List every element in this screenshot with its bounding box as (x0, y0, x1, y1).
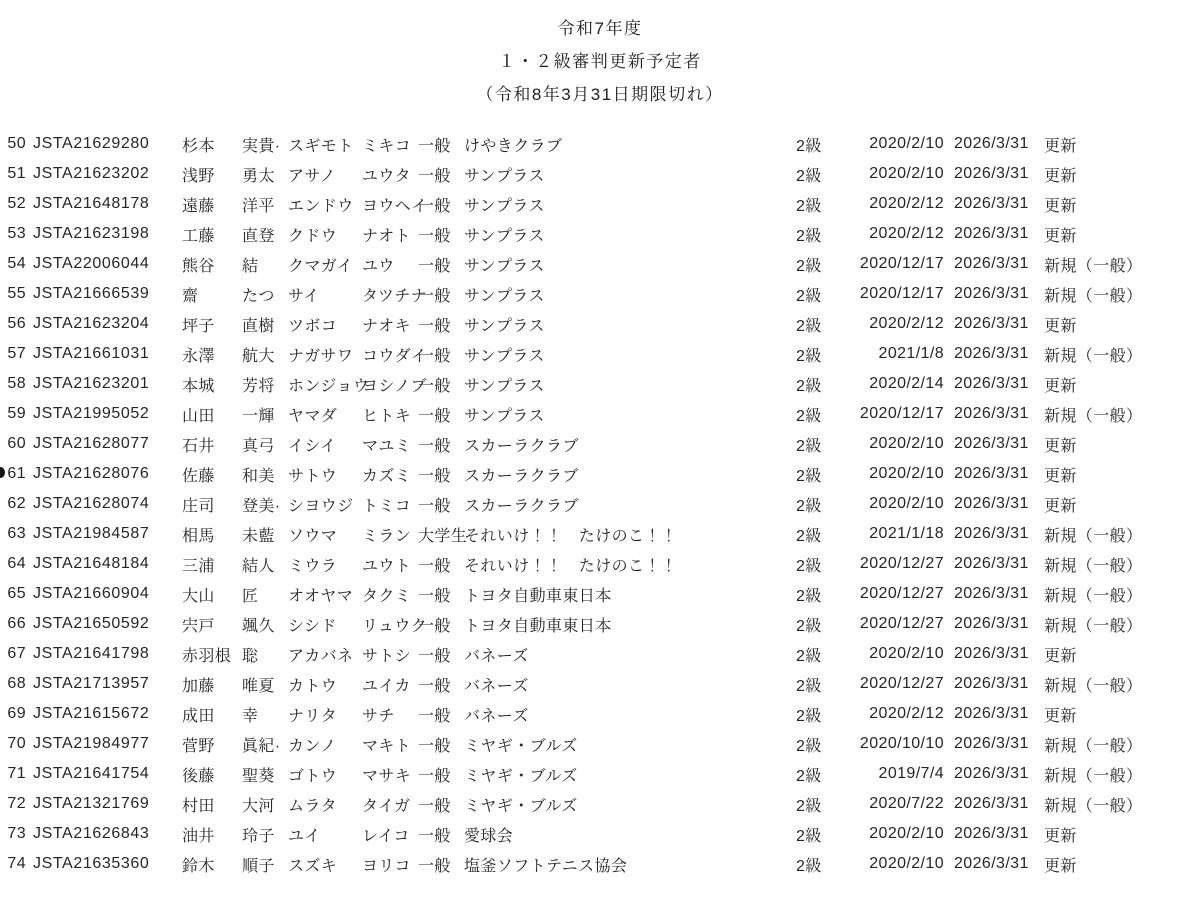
club-name: それいけ！！ たけのこ！！ (464, 553, 794, 576)
acquired-date: 2020/2/10 (844, 495, 952, 513)
given-name: 芳将 (242, 373, 288, 396)
given-name-kana: ミラン (362, 523, 418, 546)
category: 一般 (418, 493, 464, 516)
expiry-date: 2026/3/31 (952, 735, 1036, 753)
surname: 相馬 (182, 523, 242, 546)
renewal-status: 更新 (1036, 373, 1200, 396)
member-id: JSTA21635360 (26, 855, 182, 873)
referee-grade: 2級 (794, 253, 844, 276)
member-id: JSTA21641798 (26, 645, 182, 663)
referee-grade: 2級 (794, 643, 844, 666)
renewal-status: 新規（一般） (1036, 253, 1200, 276)
renewal-status: 新規（一般） (1036, 523, 1200, 546)
given-name: 洋平 (242, 193, 288, 216)
member-id: JSTA21629280 (26, 135, 182, 153)
surname: 鈴木 (182, 853, 242, 876)
renewal-status: 更新 (1036, 313, 1200, 336)
given-name-kana: マユミ (362, 433, 418, 456)
row-number: 59 (0, 405, 26, 423)
referee-grade: 2級 (794, 313, 844, 336)
club-name: サンプラス (464, 223, 794, 246)
club-name: バネーズ (464, 703, 794, 726)
expiry-date: 2026/3/31 (952, 795, 1036, 813)
surname-kana: カンノ (288, 733, 362, 756)
acquired-date: 2020/2/10 (844, 825, 952, 843)
category: 一般 (418, 643, 464, 666)
given-name-kana: ユウタ (362, 163, 418, 186)
member-id: JSTA21995052 (26, 405, 182, 423)
club-name: サンプラス (464, 253, 794, 276)
given-name-kana: マキト (362, 733, 418, 756)
surname-kana: シシド (288, 613, 362, 636)
acquired-date: 2020/12/27 (844, 615, 952, 633)
member-id: JSTA21641754 (26, 765, 182, 783)
surname-kana: アカバネ (288, 643, 362, 666)
club-name: ミヤギ・ブルズ (464, 763, 794, 786)
category: 一般 (418, 733, 464, 756)
table-row: 50 JSTA21629280 杉本 実貴· スギモト ミキコ 一般 けやきクラ… (0, 129, 1200, 159)
renewal-status: 更新 (1036, 163, 1200, 186)
row-number: 57 (0, 345, 26, 363)
surname: 成田 (182, 703, 242, 726)
surname-kana: ヤマダ (288, 403, 362, 426)
member-id: JSTA21626843 (26, 825, 182, 843)
referee-grade: 2級 (794, 673, 844, 696)
given-name-kana: リュウク (362, 613, 418, 636)
category: 一般 (418, 343, 464, 366)
acquired-date: 2020/12/27 (844, 675, 952, 693)
surname: 大山 (182, 583, 242, 606)
expiry-date: 2026/3/31 (952, 255, 1036, 273)
referee-grade: 2級 (794, 433, 844, 456)
expiry-date: 2026/3/31 (952, 195, 1036, 213)
acquired-date: 2020/2/14 (844, 375, 952, 393)
given-name: 直登 (242, 223, 288, 246)
referee-grade: 2級 (794, 403, 844, 426)
renewal-status: 更新 (1036, 643, 1200, 666)
acquired-date: 2021/1/8 (844, 345, 952, 363)
given-name-kana: ミキコ (362, 133, 418, 156)
table-row: 51 JSTA21623202 浅野 勇太 アサノ ユウタ 一般 サンプラス 2… (0, 159, 1200, 189)
given-name: 和美 (242, 463, 288, 486)
row-number: 68 (0, 675, 26, 693)
club-name: それいけ！！ たけのこ！！ (464, 523, 794, 546)
renewal-status: 新規（一般） (1036, 763, 1200, 786)
given-name: 実貴· (242, 133, 288, 156)
document-title: 令和7年度 １・２級審判更新予定者 （令和8年3月31日期限切れ） (0, 12, 1200, 111)
referee-grade: 2級 (794, 733, 844, 756)
member-id: JSTA21648178 (26, 195, 182, 213)
referee-grade: 2級 (794, 493, 844, 516)
category: 一般 (418, 163, 464, 186)
category: 一般 (418, 823, 464, 846)
member-id: JSTA21648184 (26, 555, 182, 573)
surname-kana: カトウ (288, 673, 362, 696)
table-row: 54 JSTA22006044 熊谷 結 クマガイ ユウ 一般 サンプラス 2級… (0, 249, 1200, 279)
member-id: JSTA21615672 (26, 705, 182, 723)
acquired-date: 2020/2/12 (844, 195, 952, 213)
expiry-date: 2026/3/31 (952, 825, 1036, 843)
row-number: 52 (0, 195, 26, 213)
given-name: 未藍 (242, 523, 288, 546)
surname: 永澤 (182, 343, 242, 366)
table-row: 59 JSTA21995052 山田 一輝 ヤマダ ヒトキ 一般 サンプラス 2… (0, 399, 1200, 429)
renewal-status: 更新 (1036, 703, 1200, 726)
expiry-date: 2026/3/31 (952, 345, 1036, 363)
row-number: 64 (0, 555, 26, 573)
given-name: 聖葵 (242, 763, 288, 786)
referee-grade: 2級 (794, 823, 844, 846)
category: 一般 (418, 853, 464, 876)
category: 一般 (418, 283, 464, 306)
renewal-status: 更新 (1036, 823, 1200, 846)
acquired-date: 2020/12/27 (844, 585, 952, 603)
given-name-kana: ナオキ (362, 313, 418, 336)
row-number: 60 (0, 435, 26, 453)
category: 一般 (418, 613, 464, 636)
table-row: 63 JSTA21984587 相馬 未藍 ソウマ ミラン 大学生 それいけ！！… (0, 519, 1200, 549)
row-number: 51 (0, 165, 26, 183)
given-name: 大河 (242, 793, 288, 816)
table-row: 74 JSTA21635360 鈴木 順子 スズキ ヨリコ 一般 塩釜ソフトテニ… (0, 849, 1200, 879)
category: 一般 (418, 583, 464, 606)
expiry-date: 2026/3/31 (952, 675, 1036, 693)
referee-grade: 2級 (794, 553, 844, 576)
category: 一般 (418, 553, 464, 576)
given-name: たつ (242, 283, 288, 306)
referee-grade: 2級 (794, 703, 844, 726)
surname: 村田 (182, 793, 242, 816)
table-row: 70 JSTA21984977 菅野 眞紀· カンノ マキト 一般 ミヤギ・ブル… (0, 729, 1200, 759)
renewal-status: 新規（一般） (1036, 793, 1200, 816)
member-id: JSTA21623201 (26, 375, 182, 393)
surname-kana: ユイ (288, 823, 362, 846)
surname-kana: ソウマ (288, 523, 362, 546)
acquired-date: 2020/7/22 (844, 795, 952, 813)
given-name: 順子 (242, 853, 288, 876)
surname: 加藤 (182, 673, 242, 696)
surname-kana: シヨウジ (288, 493, 362, 516)
given-name-kana: サチ (362, 703, 418, 726)
club-name: スカーラクラブ (464, 493, 794, 516)
expiry-date: 2026/3/31 (952, 585, 1036, 603)
surname-kana: エンドウ (288, 193, 362, 216)
surname-kana: イシイ (288, 433, 362, 456)
row-number: 63 (0, 525, 26, 543)
table-row: 66 JSTA21650592 宍戸 颯久 シシド リュウク 一般 トヨタ自動車… (0, 609, 1200, 639)
table-row: 53 JSTA21623198 工藤 直登 クドウ ナオト 一般 サンプラス 2… (0, 219, 1200, 249)
member-id: JSTA21628077 (26, 435, 182, 453)
member-id: JSTA21628074 (26, 495, 182, 513)
surname-kana: ミウラ (288, 553, 362, 576)
surname-kana: スズキ (288, 853, 362, 876)
expiry-date: 2026/3/31 (952, 555, 1036, 573)
expiry-date: 2026/3/31 (952, 645, 1036, 663)
expiry-date: 2026/3/31 (952, 855, 1036, 873)
member-id: JSTA22006044 (26, 255, 182, 273)
row-number: 69 (0, 705, 26, 723)
referee-grade: 2級 (794, 523, 844, 546)
club-name: ミヤギ・ブルズ (464, 793, 794, 816)
member-id: JSTA21666539 (26, 285, 182, 303)
table-row: 60 JSTA21628077 石井 真弓 イシイ マユミ 一般 スカーラクラブ… (0, 429, 1200, 459)
given-name-kana: ヨウヘイ (362, 193, 418, 216)
surname: 後藤 (182, 763, 242, 786)
renewal-status: 更新 (1036, 433, 1200, 456)
club-name: ミヤギ・ブルズ (464, 733, 794, 756)
given-name: 勇太 (242, 163, 288, 186)
club-name: スカーラクラブ (464, 433, 794, 456)
renewal-status: 更新 (1036, 493, 1200, 516)
category: 一般 (418, 673, 464, 696)
row-number: 62 (0, 495, 26, 513)
category: 一般 (418, 463, 464, 486)
member-id: JSTA21321769 (26, 795, 182, 813)
given-name: 匠 (242, 583, 288, 606)
acquired-date: 2020/10/10 (844, 735, 952, 753)
member-id: JSTA21623204 (26, 315, 182, 333)
given-name-kana: ヒトキ (362, 403, 418, 426)
given-name: 眞紀· (242, 733, 288, 756)
surname-kana: スギモト (288, 133, 362, 156)
acquired-date: 2020/12/17 (844, 255, 952, 273)
surname: 石井 (182, 433, 242, 456)
category: 一般 (418, 193, 464, 216)
row-number: 73 (0, 825, 26, 843)
given-name-kana: ユウ (362, 253, 418, 276)
renewal-status: 新規（一般） (1036, 283, 1200, 306)
expiry-date: 2026/3/31 (952, 705, 1036, 723)
surname: 山田 (182, 403, 242, 426)
given-name: 結 (242, 253, 288, 276)
table-row: 62 JSTA21628074 庄司 登美· シヨウジ トミコ 一般 スカーラク… (0, 489, 1200, 519)
surname-kana: クドウ (288, 223, 362, 246)
surname: 宍戸 (182, 613, 242, 636)
referee-grade: 2級 (794, 463, 844, 486)
table-row: 72 JSTA21321769 村田 大河 ムラタ タイガ 一般 ミヤギ・ブルズ… (0, 789, 1200, 819)
referee-grade: 2級 (794, 763, 844, 786)
renewal-status: 更新 (1036, 853, 1200, 876)
given-name: 結人 (242, 553, 288, 576)
renewal-status: 新規（一般） (1036, 403, 1200, 426)
row-number: 56 (0, 315, 26, 333)
table-row: 58 JSTA21623201 本城 芳将 ホンジョウ ヨシノブ 一般 サンプラ… (0, 369, 1200, 399)
table-row: 69 JSTA21615672 成田 幸 ナリタ サチ 一般 バネーズ 2級 2… (0, 699, 1200, 729)
given-name-kana: サトシ (362, 643, 418, 666)
member-id: JSTA21628076 (26, 465, 182, 483)
category: 一般 (418, 313, 464, 336)
club-name: サンプラス (464, 343, 794, 366)
table-row: 67 JSTA21641798 赤羽根 聡 アカバネ サトシ 一般 バネーズ 2… (0, 639, 1200, 669)
given-name-kana: トミコ (362, 493, 418, 516)
surname: 本城 (182, 373, 242, 396)
club-name: トヨタ自動車東日本 (464, 613, 794, 636)
surname: 油井 (182, 823, 242, 846)
renewal-status: 新規（一般） (1036, 343, 1200, 366)
renewal-status: 新規（一般） (1036, 673, 1200, 696)
table-row: 64 JSTA21648184 三浦 結人 ミウラ ユウト 一般 それいけ！！ … (0, 549, 1200, 579)
expiry-date: 2026/3/31 (952, 615, 1036, 633)
surname: 佐藤 (182, 463, 242, 486)
row-number: 74 (0, 855, 26, 873)
given-name-kana: タイガ (362, 793, 418, 816)
surname: 浅野 (182, 163, 242, 186)
given-name: 颯久 (242, 613, 288, 636)
member-id: JSTA21984977 (26, 735, 182, 753)
title-fiscal-year: 令和7年度 (0, 12, 1200, 45)
member-id: JSTA21661031 (26, 345, 182, 363)
row-number: 53 (0, 225, 26, 243)
surname-kana: ツボコ (288, 313, 362, 336)
club-name: サンプラス (464, 403, 794, 426)
club-name: スカーラクラブ (464, 463, 794, 486)
given-name-kana: マサキ (362, 763, 418, 786)
referee-grade: 2級 (794, 133, 844, 156)
member-id: JSTA21623202 (26, 165, 182, 183)
expiry-date: 2026/3/31 (952, 165, 1036, 183)
renewal-status: 更新 (1036, 223, 1200, 246)
member-id: JSTA21713957 (26, 675, 182, 693)
acquired-date: 2020/2/12 (844, 315, 952, 333)
referee-grade: 2級 (794, 373, 844, 396)
surname-kana: ムラタ (288, 793, 362, 816)
row-number: 72 (0, 795, 26, 813)
referee-grade: 2級 (794, 223, 844, 246)
surname: 工藤 (182, 223, 242, 246)
renewal-status: 更新 (1036, 133, 1200, 156)
acquired-date: 2020/12/27 (844, 555, 952, 573)
category: 一般 (418, 763, 464, 786)
expiry-date: 2026/3/31 (952, 465, 1036, 483)
row-number: 71 (0, 765, 26, 783)
given-name: 幸 (242, 703, 288, 726)
given-name: 玲子 (242, 823, 288, 846)
referee-grade: 2級 (794, 283, 844, 306)
given-name-kana: タツチナ (362, 283, 418, 306)
surname-kana: ナリタ (288, 703, 362, 726)
surname-kana: ゴトウ (288, 763, 362, 786)
category: 一般 (418, 253, 464, 276)
surname-kana: サイ (288, 283, 362, 306)
surname-kana: サトウ (288, 463, 362, 486)
category: 一般 (418, 703, 464, 726)
renewal-status: 新規（一般） (1036, 733, 1200, 756)
row-number: 67 (0, 645, 26, 663)
category: 一般 (418, 133, 464, 156)
row-number: 55 (0, 285, 26, 303)
club-name: けやきクラブ (464, 133, 794, 156)
acquired-date: 2020/2/10 (844, 435, 952, 453)
expiry-date: 2026/3/31 (952, 495, 1036, 513)
club-name: サンプラス (464, 313, 794, 336)
referee-grade: 2級 (794, 163, 844, 186)
given-name: 航大 (242, 343, 288, 366)
given-name-kana: レイコ (362, 823, 418, 846)
acquired-date: 2020/2/10 (844, 165, 952, 183)
given-name-kana: ユウト (362, 553, 418, 576)
renewal-status: 新規（一般） (1036, 613, 1200, 636)
given-name-kana: ユイカ (362, 673, 418, 696)
referee-grade: 2級 (794, 613, 844, 636)
renewal-status: 新規（一般） (1036, 553, 1200, 576)
category: 一般 (418, 433, 464, 456)
referee-grade: 2級 (794, 193, 844, 216)
row-number: 58 (0, 375, 26, 393)
document-page: 令和7年度 １・２級審判更新予定者 （令和8年3月31日期限切れ） 50 JST… (0, 0, 1200, 897)
member-id: JSTA21984587 (26, 525, 182, 543)
surname: 坪子 (182, 313, 242, 336)
member-id: JSTA21623198 (26, 225, 182, 243)
category: 一般 (418, 403, 464, 426)
given-name: 聡 (242, 643, 288, 666)
given-name-kana: コウダイ (362, 343, 418, 366)
row-number: 50 (0, 135, 26, 153)
table-row: 61 JSTA21628076 佐藤 和美 サトウ カズミ 一般 スカーラクラブ… (0, 459, 1200, 489)
club-name: サンプラス (464, 163, 794, 186)
referee-grade: 2級 (794, 343, 844, 366)
expiry-date: 2026/3/31 (952, 375, 1036, 393)
surname: 菅野 (182, 733, 242, 756)
row-number: 65 (0, 585, 26, 603)
expiry-date: 2026/3/31 (952, 405, 1036, 423)
table-row: 68 JSTA21713957 加藤 唯夏 カトウ ユイカ 一般 バネーズ 2級… (0, 669, 1200, 699)
category: 一般 (418, 793, 464, 816)
club-name: サンプラス (464, 193, 794, 216)
surname-kana: ホンジョウ (288, 373, 362, 396)
surname: 三浦 (182, 553, 242, 576)
renewal-status: 更新 (1036, 193, 1200, 216)
acquired-date: 2020/12/17 (844, 405, 952, 423)
table-row: 57 JSTA21661031 永澤 航大 ナガサワ コウダイ 一般 サンプラス… (0, 339, 1200, 369)
title-main: １・２級審判更新予定者 (0, 45, 1200, 78)
surname: 赤羽根 (182, 643, 242, 666)
surname: 杉本 (182, 133, 242, 156)
given-name-kana: ヨリコ (362, 853, 418, 876)
surname-kana: オオヤマ (288, 583, 362, 606)
expiry-date: 2026/3/31 (952, 135, 1036, 153)
category: 一般 (418, 223, 464, 246)
member-id: JSTA21650592 (26, 615, 182, 633)
acquired-date: 2020/2/10 (844, 855, 952, 873)
category: 一般 (418, 373, 464, 396)
row-number: 66 (0, 615, 26, 633)
given-name: 唯夏 (242, 673, 288, 696)
referee-roster-table: 50 JSTA21629280 杉本 実貴· スギモト ミキコ 一般 けやきクラ… (0, 129, 1200, 879)
surname-kana: クマガイ (288, 253, 362, 276)
acquired-date: 2020/2/12 (844, 705, 952, 723)
acquired-date: 2020/2/12 (844, 225, 952, 243)
surname: 庄司 (182, 493, 242, 516)
surname: 熊谷 (182, 253, 242, 276)
expiry-date: 2026/3/31 (952, 225, 1036, 243)
club-name: サンプラス (464, 373, 794, 396)
referee-grade: 2級 (794, 853, 844, 876)
table-row: 73 JSTA21626843 油井 玲子 ユイ レイコ 一般 愛球会 2級 2… (0, 819, 1200, 849)
expiry-date: 2026/3/31 (952, 285, 1036, 303)
acquired-date: 2020/2/10 (844, 465, 952, 483)
referee-grade: 2級 (794, 793, 844, 816)
renewal-status: 新規（一般） (1036, 583, 1200, 606)
given-name-kana: タクミ (362, 583, 418, 606)
referee-grade: 2級 (794, 583, 844, 606)
acquired-date: 2020/12/17 (844, 285, 952, 303)
given-name: 直樹 (242, 313, 288, 336)
surname: 齋 (182, 283, 242, 306)
row-number: 70 (0, 735, 26, 753)
given-name: 登美· (242, 493, 288, 516)
club-name: サンプラス (464, 283, 794, 306)
acquired-date: 2021/1/18 (844, 525, 952, 543)
